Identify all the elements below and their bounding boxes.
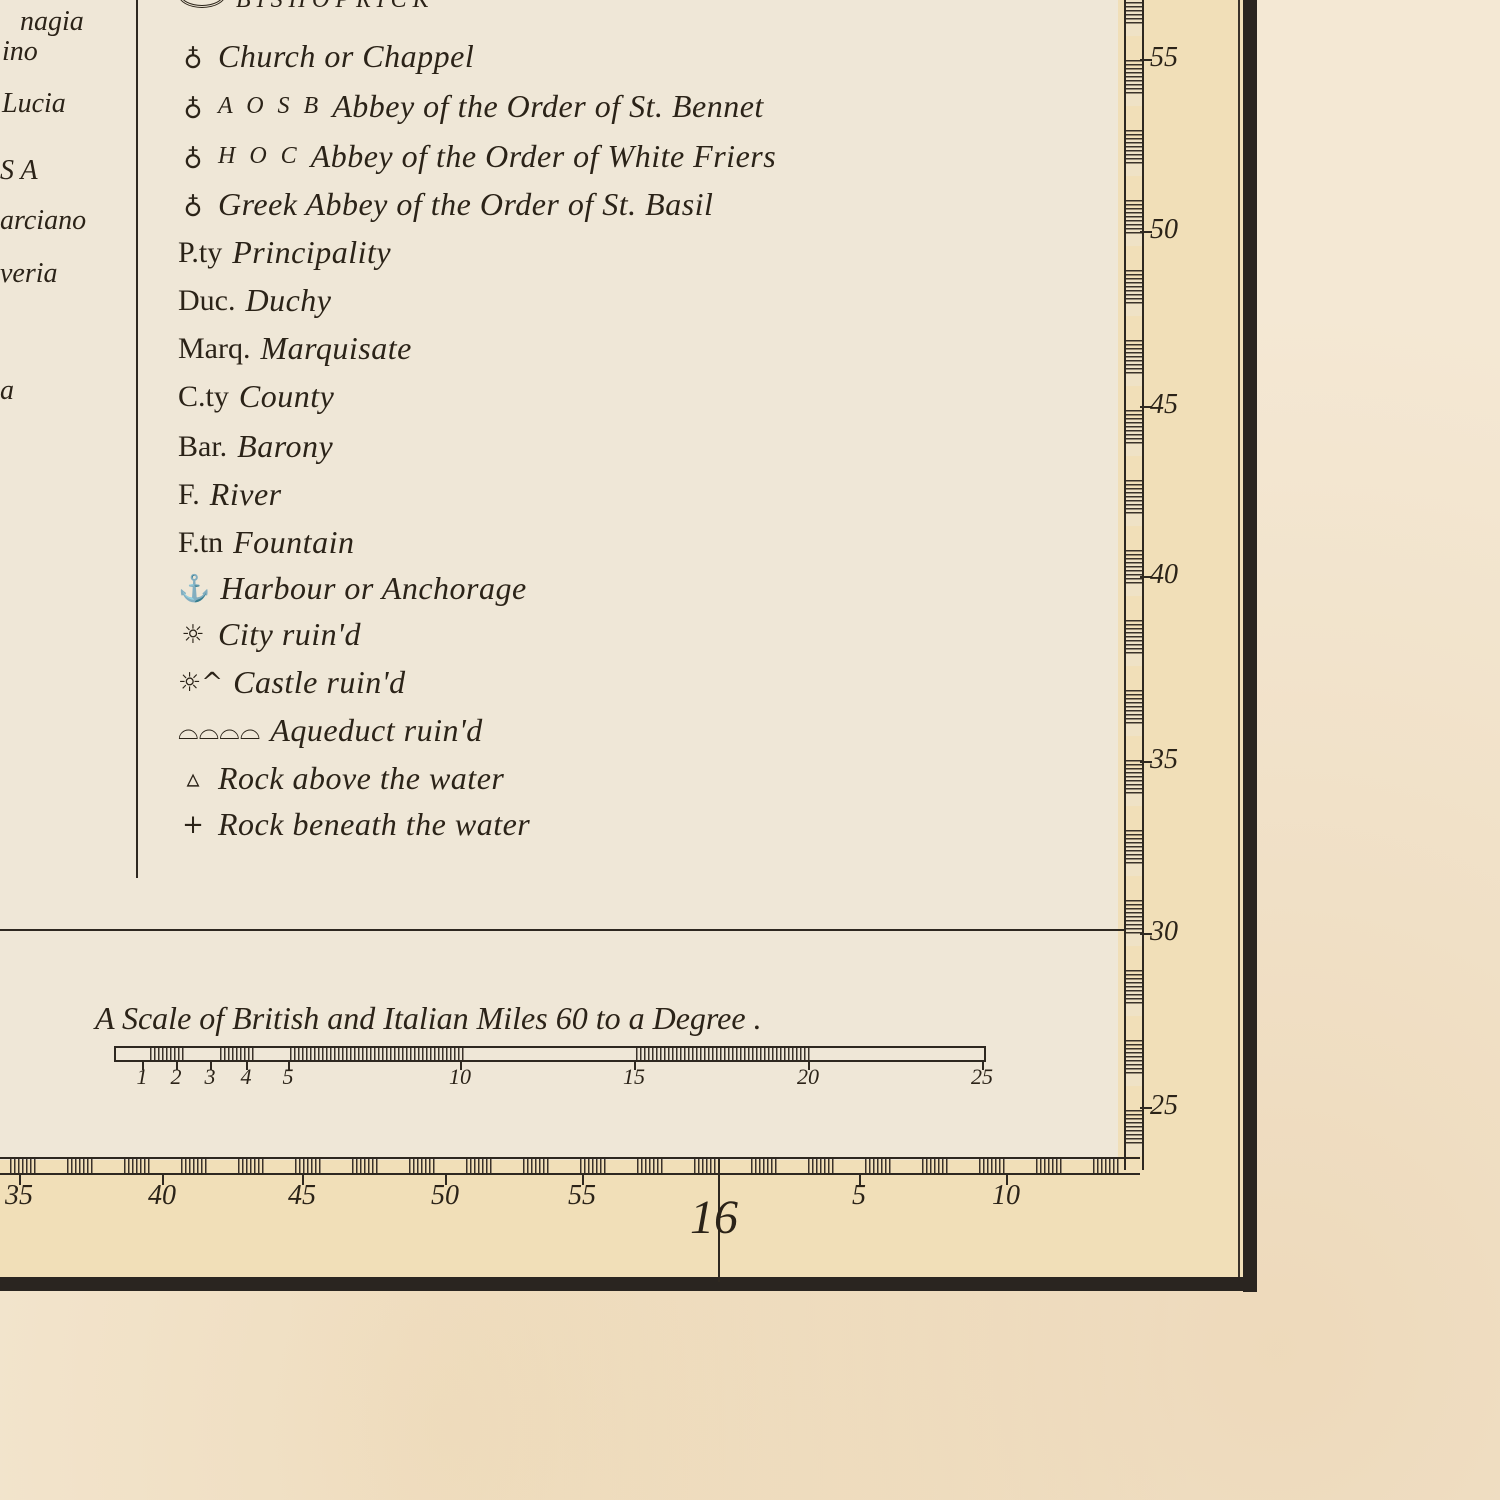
- place-name: nagia: [20, 6, 84, 38]
- scale-hatch: [865, 1159, 891, 1173]
- legend-label: Principality: [232, 234, 391, 271]
- scale-hatch: [1126, 830, 1142, 866]
- scale-hatch: [1126, 60, 1142, 96]
- scale-hatch: [1126, 550, 1142, 586]
- miles-tick-label: 20: [797, 1064, 819, 1090]
- scale-hatch: [124, 1159, 150, 1173]
- miles-tick-label: 4: [241, 1064, 252, 1090]
- legend-label: County: [239, 378, 334, 415]
- legend-item: ♁Church or Chappel: [178, 38, 474, 75]
- longitude-label: 50: [431, 1180, 459, 1212]
- legend-item: ♁A O S BAbbey of the Order of St. Bennet: [178, 88, 764, 125]
- miles-scale-bar: [114, 1046, 986, 1062]
- scale-hatch: [409, 1159, 435, 1173]
- scale-hatch: [1126, 410, 1142, 446]
- legend-abbreviation: C.ty: [178, 380, 229, 414]
- scale-hatch: [238, 1159, 264, 1173]
- latitude-label: 55: [1150, 42, 1178, 74]
- scale-title: A Scale of British and Italian Miles 60 …: [95, 1000, 762, 1037]
- miles-tick-label: 5: [283, 1064, 294, 1090]
- legend-label: Castle ruin'd: [233, 664, 405, 701]
- scale-hatch: [466, 1159, 492, 1173]
- anchor-icon: ⚓: [178, 576, 210, 602]
- legend-item: P.tyPrincipality: [178, 234, 391, 271]
- scale-hatch: [1126, 340, 1142, 376]
- legend-label: Rock above the water: [218, 760, 504, 797]
- miles-tick-label: 10: [449, 1064, 471, 1090]
- map-border-bottom: [0, 1277, 1257, 1291]
- place-name: Lucia: [2, 88, 66, 120]
- latitude-label: 35: [1150, 744, 1178, 776]
- scale-hatch: [694, 1159, 720, 1173]
- scale-hatch: [1126, 690, 1142, 726]
- legend-divider-vertical: [136, 0, 138, 878]
- scale-hatch: [67, 1159, 93, 1173]
- aqueduct-icon: ⌓⌓⌓⌓: [178, 718, 260, 744]
- latitude-label: 50: [1150, 214, 1178, 246]
- legend-abbreviation: H O C: [218, 143, 301, 170]
- place-name: a: [0, 375, 14, 407]
- place-name: veria: [0, 258, 58, 290]
- legend-item: F.tnFountain: [178, 524, 354, 561]
- legend-item: ⚓Harbour or Anchorage: [178, 570, 527, 607]
- legend-label: City ruin'd: [218, 616, 361, 653]
- legend-item: ♁H O CAbbey of the Order of White Friers: [178, 138, 776, 175]
- miles-tick-label: 25: [971, 1064, 993, 1090]
- abbey-icon: ♁: [178, 192, 208, 218]
- scale-hatch: [1126, 970, 1142, 1006]
- scale-hatch: [1093, 1159, 1119, 1173]
- legend-item: Bar.Barony: [178, 428, 333, 465]
- church-icon: ♁: [178, 44, 208, 70]
- legend-abbreviation: Duc.: [178, 284, 235, 318]
- abbey-icon: ♁: [178, 94, 208, 120]
- scale-hatch: [580, 1159, 606, 1173]
- miles-tick-label: 3: [205, 1064, 216, 1090]
- scale-hatch: [751, 1159, 777, 1173]
- scale-hatch: [523, 1159, 549, 1173]
- legend-item: +Rock beneath the water: [178, 806, 530, 843]
- scale-hatch: [1126, 620, 1142, 656]
- legend-item: ▵Rock above the water: [178, 760, 504, 797]
- rock-beneath-icon: +: [178, 812, 208, 838]
- longitude-label: 5: [852, 1180, 866, 1212]
- legend-item: Duc.Duchy: [178, 282, 332, 319]
- castle-ruined-icon: ☼^: [178, 670, 223, 696]
- place-name: arciano: [0, 205, 86, 237]
- scale-hatch: [1126, 760, 1142, 796]
- legend-label: Duchy: [245, 282, 331, 319]
- legend-label: Abbey of the Order of White Friers: [311, 138, 777, 175]
- legend-abbreviation: Marq.: [178, 332, 250, 366]
- latitude-label: 45: [1150, 389, 1178, 421]
- miles-tick-label: 2: [171, 1064, 182, 1090]
- scale-hatch: [10, 1159, 36, 1173]
- map-sheet: nagiainoLuciaS Aarcianoveriaa BISHOPRICK…: [0, 0, 1500, 1500]
- legend-abbreviation: F.: [178, 478, 200, 512]
- legend-label: Greek Abbey of the Order of St. Basil: [218, 186, 713, 223]
- legend-header: BISHOPRICK: [178, 0, 435, 14]
- scale-hatch: [181, 1159, 207, 1173]
- legend-abbreviation: P.ty: [178, 236, 222, 270]
- legend-item: F.River: [178, 476, 282, 513]
- legend-abbreviation: A O S B: [218, 93, 322, 120]
- city-ruined-icon: ☼: [178, 622, 208, 648]
- scale-hatch: [979, 1159, 1005, 1173]
- legend-label: Abbey of the Order of St. Bennet: [332, 88, 764, 125]
- map-border-right: [1243, 0, 1257, 1292]
- legend-item: ☼City ruin'd: [178, 616, 361, 653]
- scale-hatch: [1126, 480, 1142, 516]
- scale-hatch: [808, 1159, 834, 1173]
- border-inner-line: [1238, 0, 1240, 1282]
- legend-abbreviation: F.tn: [178, 526, 223, 560]
- longitude-label: 35: [5, 1180, 33, 1212]
- scale-hatch: [295, 1159, 321, 1173]
- legend-item: ♁Greek Abbey of the Order of St. Basil: [178, 186, 713, 223]
- latitude-label: 25: [1150, 1090, 1178, 1122]
- legend-label: Aqueduct ruin'd: [270, 712, 483, 749]
- legend-label: Marquisate: [260, 330, 411, 367]
- place-name: ino: [2, 36, 38, 68]
- longitude-label: 45: [288, 1180, 316, 1212]
- scale-hatch: [1126, 1110, 1142, 1146]
- degree-label: 16: [690, 1190, 738, 1245]
- latitude-scale: [1124, 0, 1144, 1170]
- legend-abbreviation: Bar.: [178, 430, 227, 464]
- longitude-scale: [0, 1157, 1140, 1175]
- scale-hatch: [1126, 900, 1142, 936]
- legend-divider-horizontal: [0, 929, 1125, 931]
- legend-label: Fountain: [233, 524, 354, 561]
- place-name: S A: [0, 155, 38, 187]
- miles-tick-label: 1: [137, 1064, 148, 1090]
- scale-hatch: [1126, 270, 1142, 306]
- legend-label: Barony: [237, 428, 333, 465]
- longitude-label: 55: [568, 1180, 596, 1212]
- legend-item: ⌓⌓⌓⌓Aqueduct ruin'd: [178, 712, 483, 749]
- scale-hatch: [922, 1159, 948, 1173]
- miles-tick-label: 15: [623, 1064, 645, 1090]
- latitude-label: 30: [1150, 916, 1178, 948]
- rock-above-icon: ▵: [178, 766, 208, 792]
- scale-hatch: [1126, 0, 1142, 26]
- latitude-label: 40: [1150, 559, 1178, 591]
- scale-hatch: [1126, 130, 1142, 166]
- legend-label: Harbour or Anchorage: [220, 570, 526, 607]
- legend-label: River: [210, 476, 282, 513]
- scale-hatch: [352, 1159, 378, 1173]
- longitude-label: 40: [148, 1180, 176, 1212]
- longitude-label: 10: [992, 1180, 1020, 1212]
- legend-label: Rock beneath the water: [218, 806, 530, 843]
- scale-hatch: [1036, 1159, 1062, 1173]
- legend-header-label: BISHOPRICK: [236, 0, 435, 14]
- scale-hatch: [637, 1159, 663, 1173]
- legend-label: Church or Chappel: [218, 38, 474, 75]
- legend-item: ☼^Castle ruin'd: [178, 664, 406, 701]
- abbey-icon: ♁: [178, 144, 208, 170]
- legend-item: Marq.Marquisate: [178, 330, 412, 367]
- scale-hatch: [1126, 1040, 1142, 1076]
- bishoprick-icon: [178, 0, 226, 8]
- legend-item: C.tyCounty: [178, 378, 334, 415]
